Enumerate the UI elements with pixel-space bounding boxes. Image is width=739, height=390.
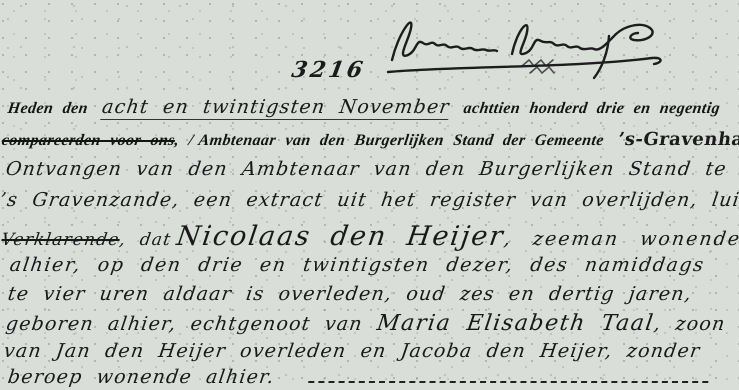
printed-text-year: achttien honderd drie en negentig — [462, 100, 721, 117]
document-line-7: te vier uren aldaar is overleden, oud ze… — [6, 283, 693, 305]
document-line-6: alhier, op den drie en twintigsten dezer… — [8, 254, 706, 276]
printed-text-dat: , dat — [118, 230, 172, 250]
document-line-10: beroep wonende alhier. — [6, 366, 710, 388]
deceased-name: Nicolaas den Heijer — [175, 221, 507, 252]
separator-mark: , / — [174, 132, 195, 149]
document-line-5: Verklarende, dat Nicolaas den Heijer, ze… — [0, 221, 739, 252]
spouse-name: Maria Elisabeth Taal — [375, 311, 656, 336]
handwritten-born-here: geboren alhier, echtgenoot van — [4, 313, 364, 335]
scanned-death-extract-document: 3216 Heden den acht en twintigsten Novem… — [0, 0, 739, 390]
document-line-8: geboren alhier, echtgenoot van Maria Eli… — [4, 311, 727, 336]
dashed-filler-line — [308, 377, 709, 383]
document-line-2: compareerden voor ons, / Ambtenaar van d… — [1, 129, 739, 150]
printed-text-registrar: Ambtenaar van den Burgerlijken Stand der… — [197, 132, 605, 149]
handwritten-closing: beroep wonende alhier. — [6, 366, 276, 388]
printed-text-heden-den: Heden den — [7, 100, 90, 117]
act-number: 3216 — [290, 57, 368, 83]
registrar-signature — [384, 8, 696, 82]
handwritten-occupation: , zeeman wonende — [502, 228, 739, 250]
document-line-4: ’s Gravenzande, een extract uit het regi… — [0, 189, 739, 211]
struck-printed-text: compareerden voor ons — [1, 132, 176, 149]
handwritten-son-of: , zoon — [653, 313, 727, 335]
handwritten-date: acht en twintigsten November — [100, 96, 451, 120]
document-line-9: van Jan den Heijer overleden en Jacoba d… — [2, 340, 701, 362]
struck-word-verklarende: Verklarende — [0, 230, 121, 250]
municipality-name: ’s-Gravenhage — [617, 129, 739, 150]
document-line-1: Heden den acht en twintigsten November a… — [6, 96, 721, 118]
document-line-3: Ontvangen van den Ambtenaar van den Burg… — [4, 158, 728, 180]
